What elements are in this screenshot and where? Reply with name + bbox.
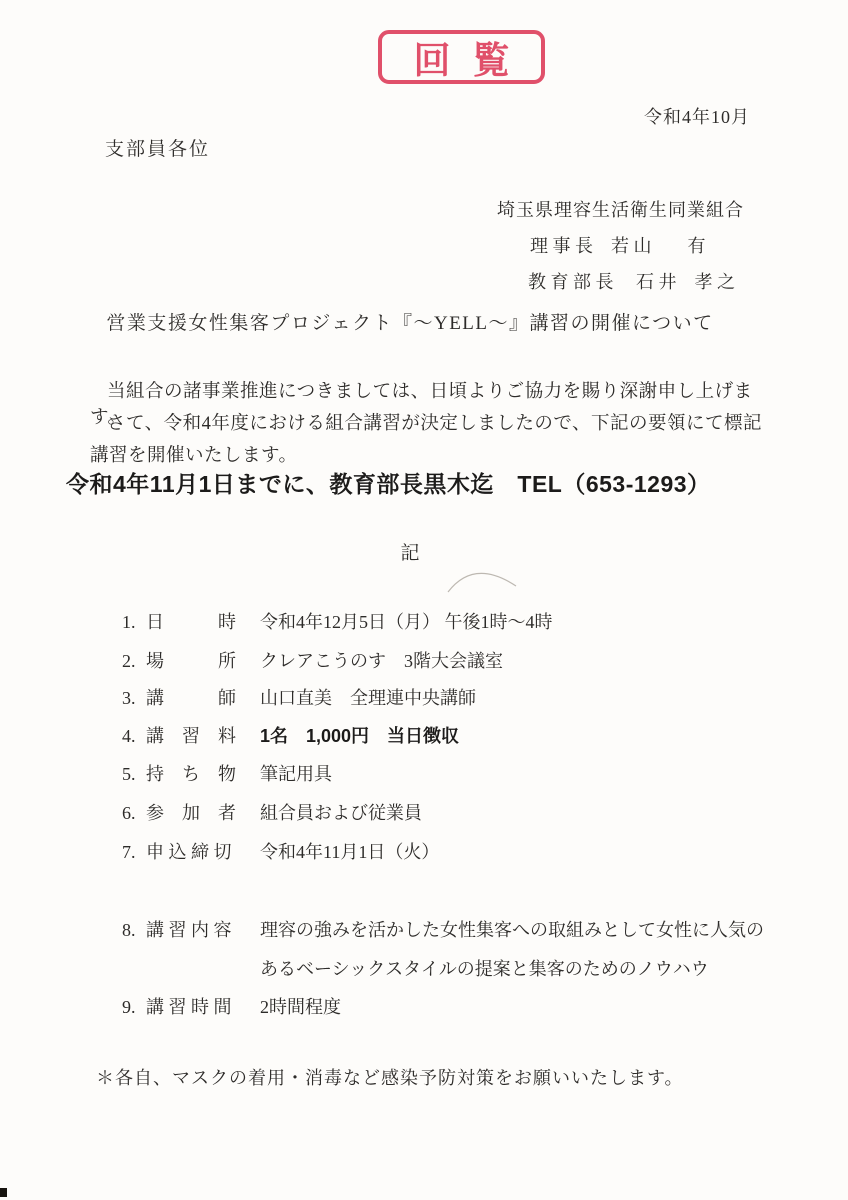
scanned-document-page: 回覧 令和4年10月 支部員各位 埼玉県理容生活衛生同業組合 理 事 長 若 山… [0, 0, 848, 1200]
scan-artifact-corner-mark [0, 1188, 7, 1197]
item-number: 9. [122, 997, 146, 1018]
item-value: クレアこうのす 3階大会議室 [260, 651, 503, 671]
sender-organization: 埼玉県理容生活衛生同業組合 [497, 196, 744, 222]
item-row: 1.日 時令和4年12月5日（月） 午後1時～4時 [122, 608, 553, 634]
item-value-continuation: あるベーシックスタイルの提案と集客のためのノウハウ [260, 955, 709, 981]
circulation-stamp-text: 回覧 [414, 30, 532, 84]
item-value: 山口直美 全理連中央講師 [260, 688, 476, 708]
body-paragraph-line: 講習を開催いたします。 [90, 441, 778, 467]
item-label: 講 習 時 間 [146, 993, 260, 1019]
item-label: 日 時 [146, 608, 260, 634]
sender-education-director: 教 育 部 長 石 井 孝 之 [528, 268, 735, 294]
item-label: 講 習 内 容 [146, 916, 260, 942]
item-label: 持 ち 物 [146, 760, 260, 786]
item-value: 令和4年12月5日（月） 午後1時～4時 [260, 612, 553, 632]
item-label: 講 師 [146, 684, 260, 710]
item-row: 3.講 師山口直美 全理連中央講師 [122, 684, 476, 710]
item-number: 1. [122, 612, 146, 633]
item-number: 6. [122, 803, 146, 824]
footer-note: ＊各自、マスクの着用・消毒など感染予防対策をお願いいたします。 [96, 1064, 684, 1090]
item-value: 理容の強みを活かした女性集客への取組みとして女性に人気の [260, 920, 764, 940]
item-value: 組合員および従業員 [260, 803, 422, 823]
item-value: 筆記用具 [260, 764, 332, 784]
application-contact-line: 令和4年11月1日までに、教育部長黒木迄 TEL（653-1293） [66, 466, 711, 499]
item-value: 1名 1,000円 当日徴収 [260, 726, 459, 746]
item-value: 2時間程度 [260, 997, 341, 1017]
item-row: 2.場 所クレアこうのす 3階大会議室 [122, 647, 503, 673]
ki-heading: 記 [0, 538, 820, 565]
item-number: 7. [122, 842, 146, 863]
item-label: 場 所 [146, 647, 260, 673]
item-row: 7.申 込 締 切令和4年11月1日（火） [122, 838, 439, 864]
item-number: 8. [122, 920, 146, 941]
item-label: 参 加 者 [146, 799, 260, 825]
item-row: 6.参 加 者組合員および従業員 [122, 799, 422, 825]
document-date: 令和4年10月 [644, 103, 750, 129]
scan-artifact-curve [446, 562, 518, 599]
item-label: 申 込 締 切 [146, 838, 260, 864]
body-paragraph-line: さて、令和4年度における組合講習が決定しましたので、下記の要領にて標記 [90, 409, 778, 435]
item-row: 8.講 習 内 容理容の強みを活かした女性集客への取組みとして女性に人気の [122, 916, 764, 942]
item-label: 講 習 料 [146, 722, 260, 748]
item-row: 4.講 習 料1名 1,000円 当日徴収 [122, 722, 459, 748]
item-number: 5. [122, 764, 146, 785]
item-number: 4. [122, 726, 146, 747]
item-number: 2. [122, 651, 146, 672]
item-value: 令和4年11月1日（火） [260, 842, 439, 862]
document-title: 営業支援女性集客プロジェクト『～YELL～』講習の開催について [0, 308, 820, 335]
sender-chairman: 理 事 長 若 山 有 [530, 232, 706, 258]
addressee: 支部員各位 [105, 134, 210, 161]
item-number: 3. [122, 688, 146, 709]
item-row: 5.持 ち 物筆記用具 [122, 760, 332, 786]
item-row: 9.講 習 時 間2時間程度 [122, 993, 341, 1019]
circulation-stamp: 回覧 [378, 30, 545, 84]
